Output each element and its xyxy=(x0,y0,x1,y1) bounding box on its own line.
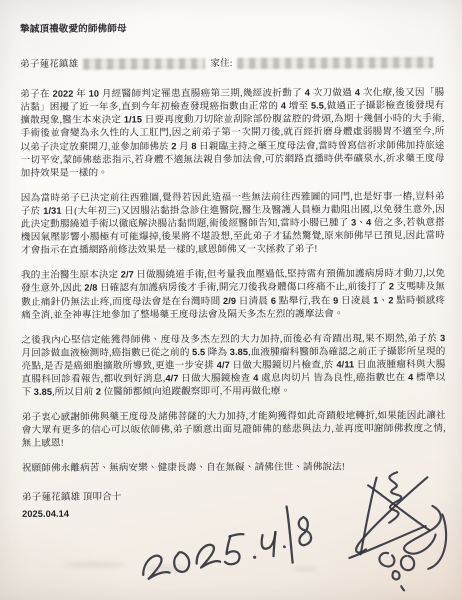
salutation: 摯誠頂禮敬愛的師佛師母 xyxy=(20,21,444,36)
sender-name: 弟子蓮花鎮雄 xyxy=(20,58,78,71)
sender-line: 弟子蓮花鎮雄 家住: xyxy=(20,56,444,71)
letter-paragraph-5: 弟子衷心感謝師佛與藥王度母及諸佛菩薩的大力加持,才能夠獲得如此奇蹟般地轉折,如果… xyxy=(22,409,446,450)
signoff-line: 弟子蓮花鎮雄 頂叩合十 xyxy=(22,489,446,504)
redacted-contact-info xyxy=(83,58,205,70)
paper-smudge xyxy=(64,562,126,567)
letter-content: 摯誠頂禮敬愛的師佛師母 弟子蓮花鎮雄 家住: 弟子在 2022 年 10 月經醫… xyxy=(20,0,446,521)
paper-smudge xyxy=(292,567,318,571)
letter-paragraph-blessing: 祝願師佛永離病苦、無病安樂、健康長壽、自在無礙、請佛住世、請佛說法! xyxy=(22,461,446,476)
letter-page: 摯誠頂禮敬愛的師佛師母 弟子蓮花鎮雄 家住: 弟子在 2022 年 10 月經醫… xyxy=(0,0,462,600)
letter-paragraph-1: 弟子在 2022 年 10 月經醫師判定罹患直腸癌第三期,幾經波折動了 4 次刀… xyxy=(20,86,444,180)
typed-date: 2025.04.14 xyxy=(22,506,446,521)
letter-paragraph-3: 我的主治醫生原本決定 2/7 日做腸繞道手術,但考量我血壓過低,堅持需有預備加護… xyxy=(21,267,445,321)
letter-paragraph-2: 因為當時弟子已決定前往西雅圖,覺得若因此造福一些無法前往西雅圖的同門,也是好事一… xyxy=(21,190,445,257)
letter-paragraph-4: 之後我內心堅信定能獲得師佛、度母及多杰左烈的大力加持,而後必有奇蹟出現,果不期然… xyxy=(21,332,445,399)
redacted-home-address xyxy=(237,57,433,69)
home-address-label: 家住: xyxy=(210,57,232,70)
paper-smudge xyxy=(146,566,188,570)
